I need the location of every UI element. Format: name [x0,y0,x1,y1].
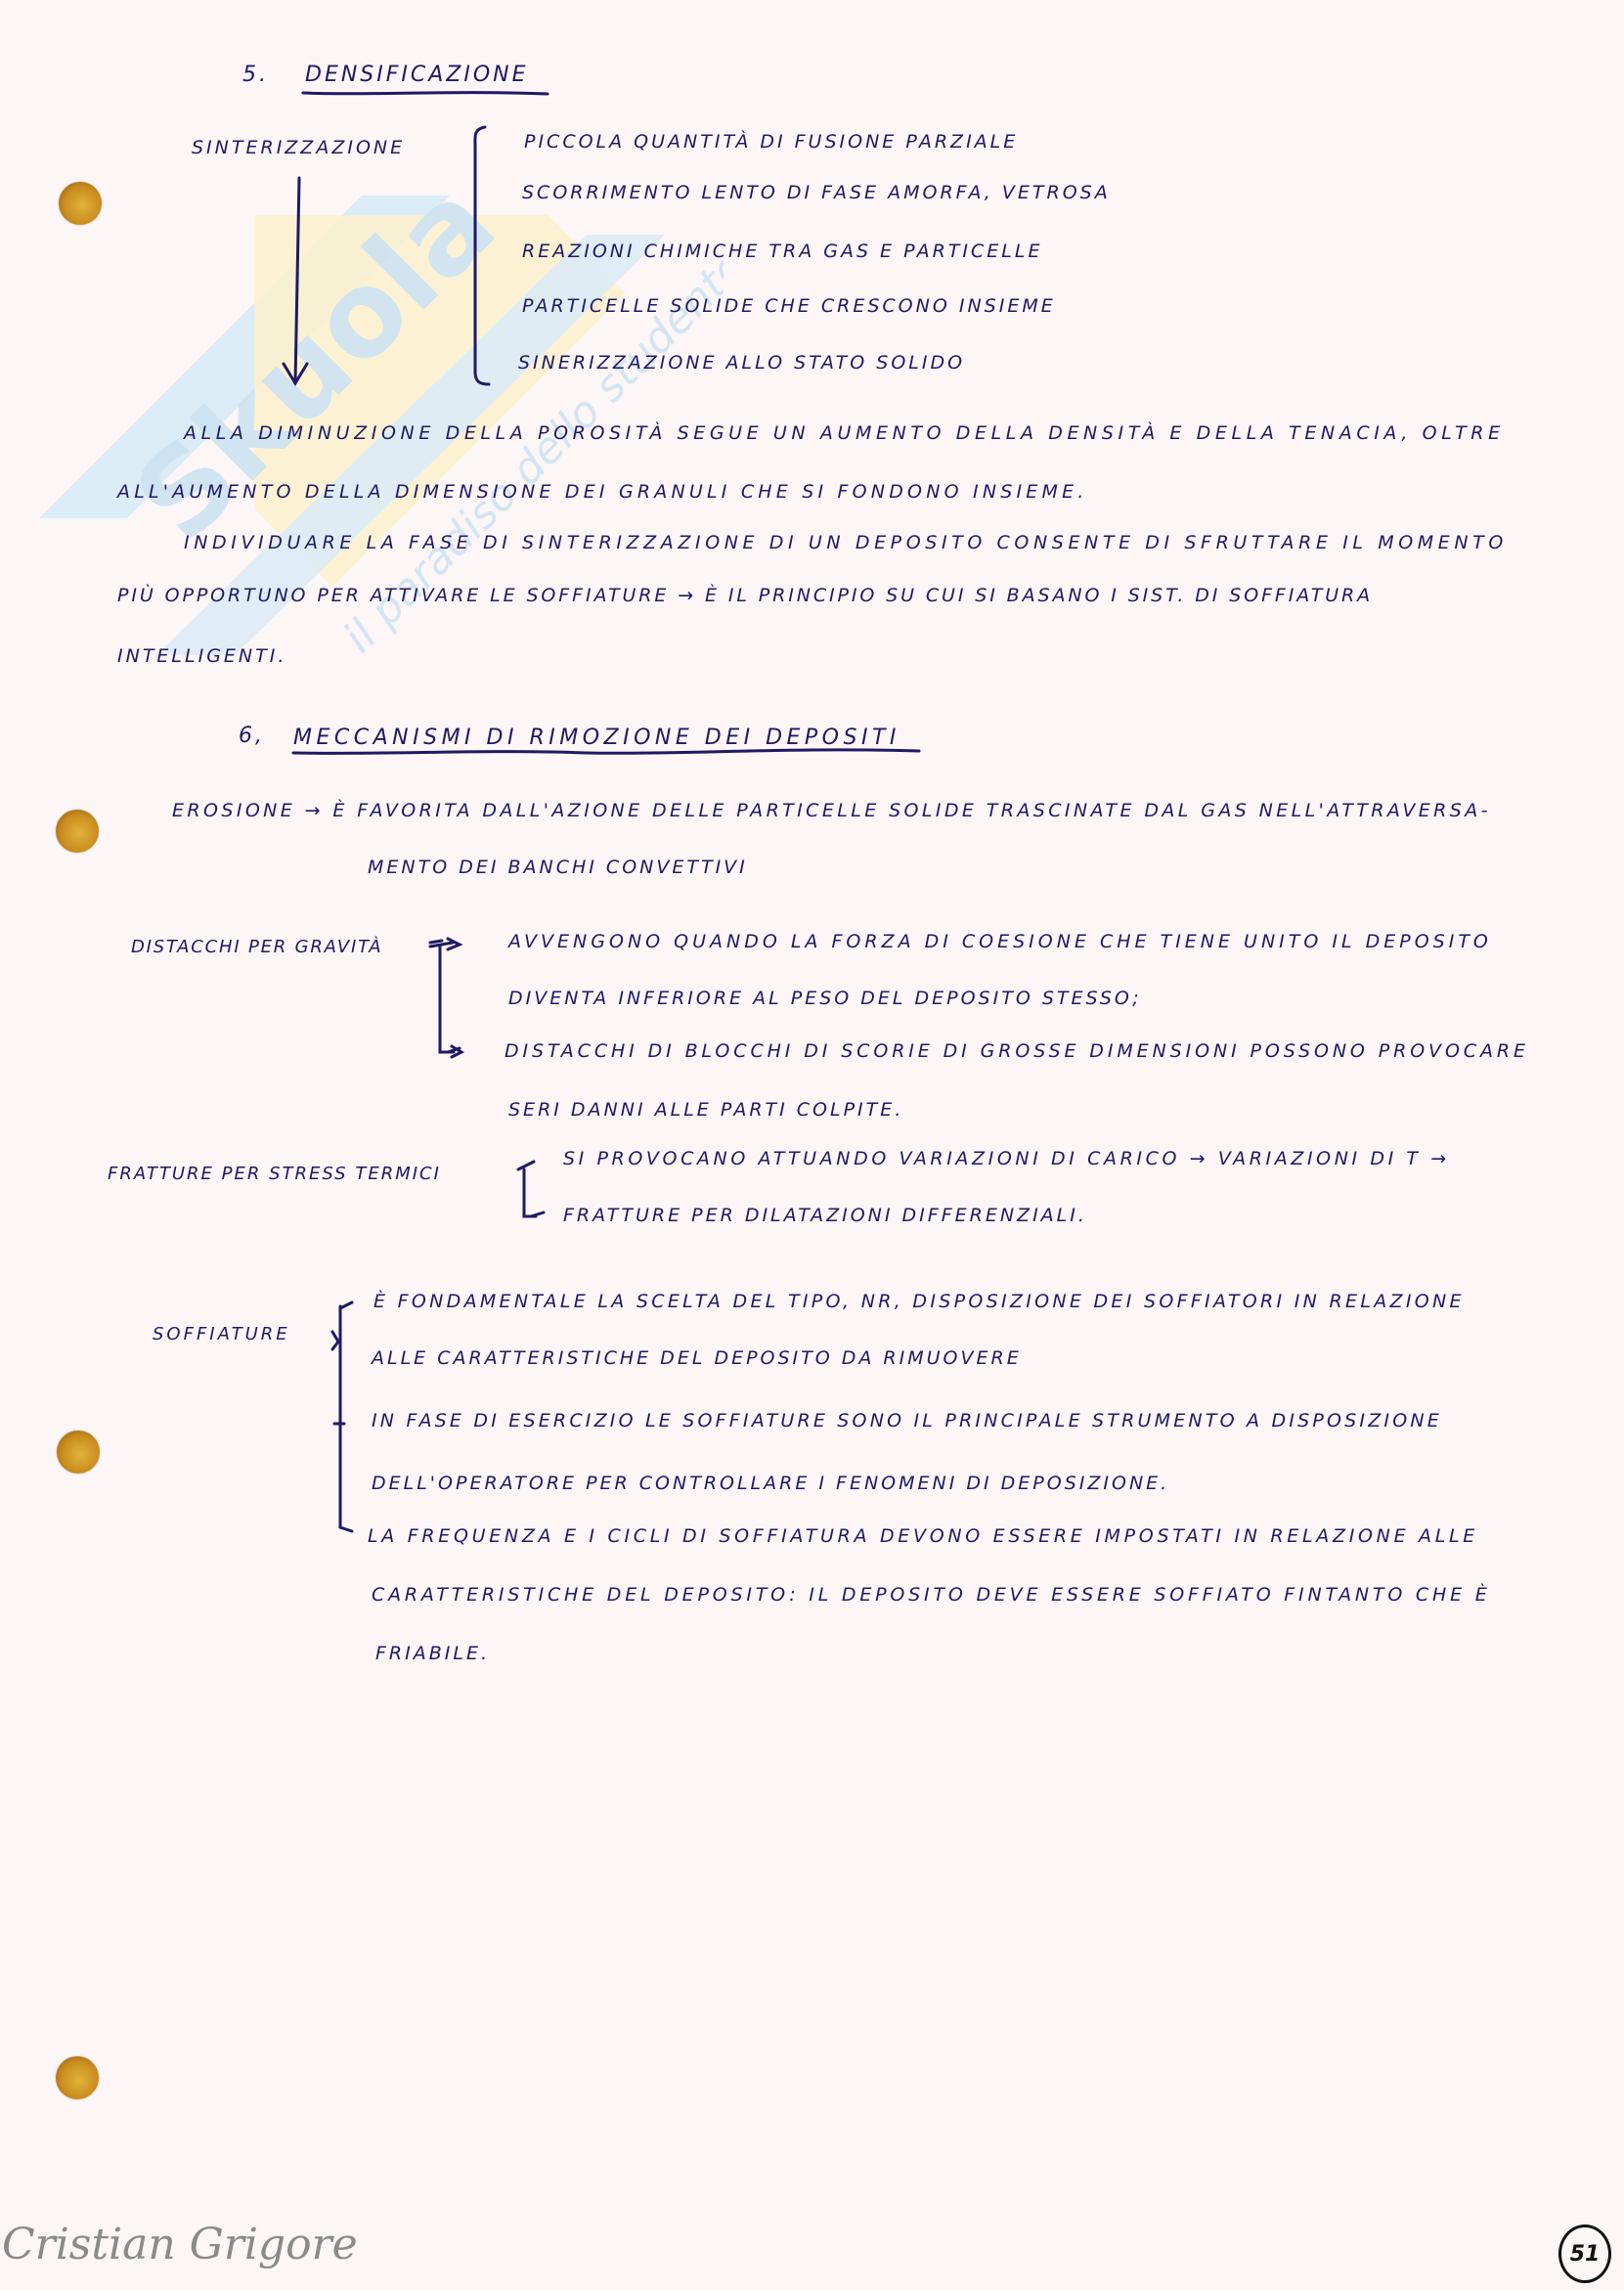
soffiature-line: È FONDAMENTALE LA SCELTA DEL TIPO, NR, D… [373,1291,1465,1312]
skuola-watermark-logo: Skuola il paradiso dello studente [39,196,724,704]
soffiature-label: SOFFIATURE [153,1324,290,1344]
page-number-badge: 51 [1558,2224,1611,2283]
distacchi-line: SERI DANNI ALLE PARTI COLPITE. [508,1099,903,1121]
fratture-label: FRATTURE PER STRESS TERMICI [108,1164,441,1184]
distacchi-line: DIVENTA INFERIORE AL PESO DEL DEPOSITO S… [508,988,1142,1009]
soffiature-line: ALLE CARATTERISTICHE DEL DEPOSITO DA RIM… [372,1347,1022,1369]
sinterizzazione-item: SCORRIMENTO LENTO DI FASE AMORFA, VETROS… [522,182,1111,203]
paragraph-porosita-line: ALLA DIMINUZIONE DELLA POROSITÀ SEGUE UN… [184,422,1505,444]
binder-hole-2 [56,810,99,853]
soffiature-line: LA FREQUENZA E I CICLI DI SOFFIATURA DEV… [368,1525,1478,1547]
erosione-line: EROSIONE → È FAVORITA DALL'AZIONE DELLE … [172,800,1491,821]
binder-hole-3 [57,1431,100,1474]
sinterizzazione-item: PARTICELLE SOLIDE CHE CRESCONO INSIEME [522,295,1056,317]
section-6-number: 6, [239,724,265,748]
paragraph-porosita-line: ALL'AUMENTO DELLA DIMENSIONE DEI GRANULI… [117,481,1088,503]
soffiature-line: FRIABILE. [375,1643,490,1664]
soffiature-line: IN FASE DI ESERCIZIO LE SOFFIATURE SONO … [372,1410,1442,1431]
sinterizzazione-label: SINTERIZZAZIONE [192,137,405,158]
paragraph-fase-line: INDIVIDUARE LA FASE DI SINTERIZZAZIONE D… [184,532,1508,553]
notebook-page: Skuola il paradiso dello studente [0,0,1624,2290]
binder-hole-1 [59,182,102,225]
distacchi-label: DISTACCHI PER GRAVITÀ [131,937,382,957]
distacchi-line: AVVENGONO QUANDO LA FORZA DI COESIONE CH… [508,931,1492,952]
paragraph-fase-line: INTELLIGENTI. [117,645,286,667]
soffiature-line: DELL'OPERATORE PER CONTROLLARE I FENOMEN… [372,1473,1169,1494]
section-5-title: DENSIFICAZIONE [305,63,529,87]
hand-drawn-strokes [0,0,1624,2290]
sinterizzazione-item: REAZIONI CHIMICHE TRA GAS E PARTICELLE [522,241,1042,262]
fratture-line: FRATTURE PER DILATAZIONI DIFFERENZIALI. [563,1205,1087,1226]
section-5-number: 5. [242,63,269,87]
binder-hole-4 [56,2056,99,2099]
author-signature: Cristian Grigore [2,2220,358,2269]
fratture-line: SI PROVOCANO ATTUANDO VARIAZIONI DI CARI… [563,1148,1450,1169]
soffiature-line: CARATTERISTICHE DEL DEPOSITO: IL DEPOSIT… [372,1584,1491,1606]
sinterizzazione-item: SINERIZZAZIONE ALLO STATO SOLIDO [518,352,965,374]
svg-text:Skuola: Skuola [110,196,521,568]
section-6-title: MECCANISMI DI RIMOZIONE DEI DEPOSITI [293,726,900,750]
distacchi-line: DISTACCHI DI BLOCCHI DI SCORIE DI GROSSE… [505,1040,1529,1062]
paragraph-fase-line: PIÙ OPPORTUNO PER ATTIVARE LE SOFFIATURE… [117,585,1373,606]
sinterizzazione-item: PICCOLA QUANTITÀ DI FUSIONE PARZIALE [524,131,1018,153]
erosione-line: MENTO DEI BANCHI CONVETTIVI [368,857,748,878]
